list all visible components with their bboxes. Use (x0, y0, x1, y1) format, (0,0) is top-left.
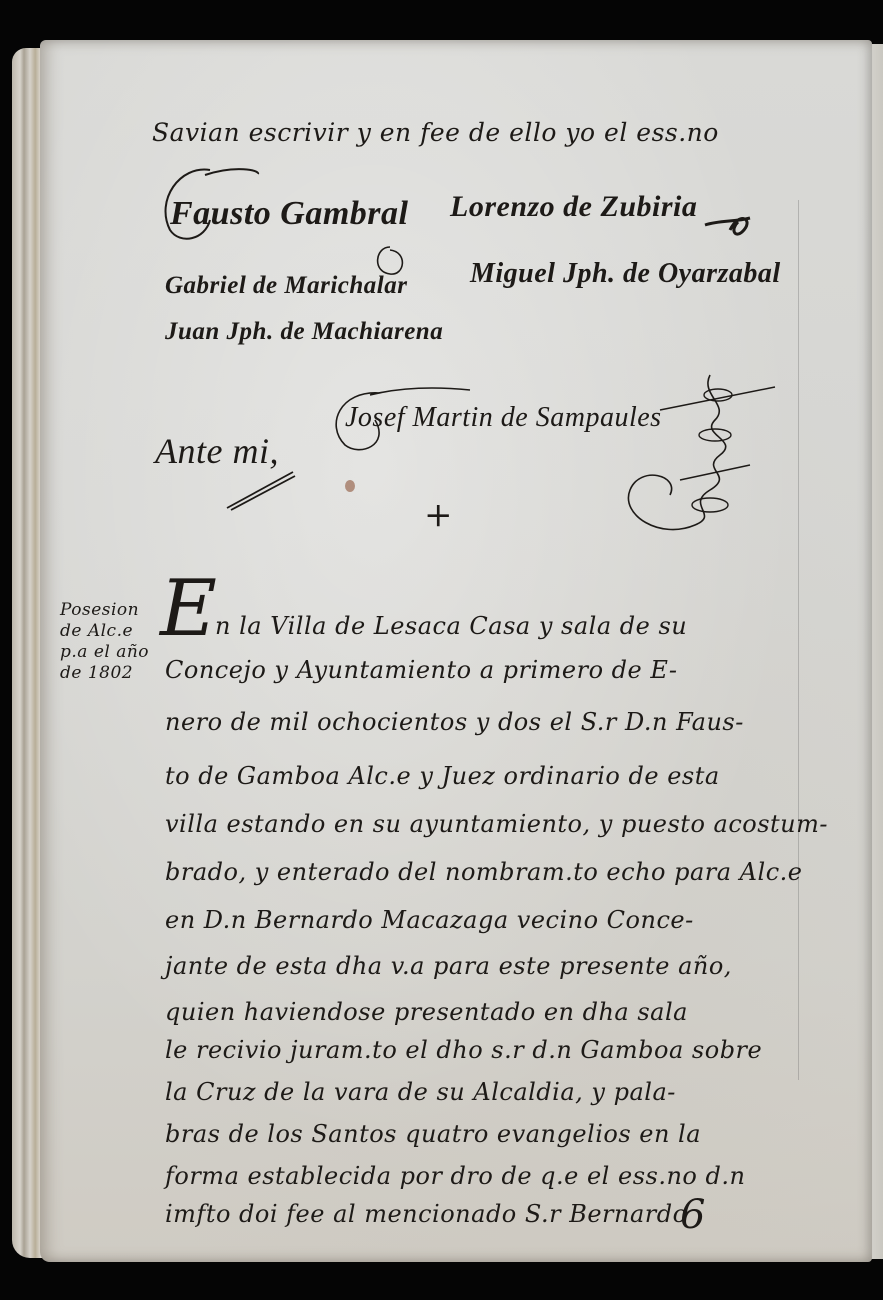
body-line-11: la Cruz de la vara de su Alcaldia, y pal… (165, 1078, 676, 1106)
body-line-14: imfto doi fee al mencionado S.r Bernardo (165, 1200, 688, 1228)
notary-prefix: Ante mi, (155, 430, 279, 472)
body-line-5: villa estando en su ayuntamiento, y pues… (165, 810, 828, 838)
body-line-3: nero de mil ochocientos y dos el S.r D.n… (165, 708, 744, 736)
body-line-12: bras de los Santos quatro evangelios en … (165, 1120, 701, 1148)
cross-mark: + (424, 495, 453, 535)
body-line-6: brado, y enterado del nombram.to echo pa… (165, 858, 802, 886)
body-line-10: le recivio juram.to el dho s.r d.n Gambo… (165, 1036, 762, 1064)
signature-lorenzo-de-zubiria: Lorenzo de Zubiria (450, 190, 697, 224)
margin-rule (798, 200, 799, 1080)
decorated-initial: E (160, 570, 217, 648)
manuscript-scan: Savian escrivir y en fee de ello yo el e… (0, 0, 883, 1300)
margin-note-line: Posesion (60, 600, 149, 621)
margin-note-line: de Alc.e (60, 621, 149, 642)
body-line-1: n la Villa de Lesaca Casa y sala de su (215, 612, 687, 640)
body-line-2: Concejo y Ayuntamiento a primero de E- (165, 656, 677, 684)
signature-flourish-icon (150, 160, 270, 250)
header-line: Savian escrivir y en fee de ello yo el e… (152, 118, 719, 147)
page-mark: 6 (680, 1192, 706, 1238)
margin-note-line: p.a el año (60, 642, 149, 663)
body-line-8: jante de esta dha v.a para este presente… (165, 952, 732, 980)
body-line-13: forma establecida por dro de q.e el ess.… (165, 1162, 745, 1190)
rubric-icon (700, 200, 760, 240)
body-line-4: to de Gamboa Alc.e y Juez ordinario de e… (165, 762, 720, 790)
margin-note: Posesion de Alc.e p.a el año de 1802 (60, 600, 149, 684)
signature-juan-de-machiarena: Juan Jph. de Machiarena (165, 318, 443, 346)
signature-flourish-icon (370, 242, 410, 282)
body-line-7: en D.n Bernardo Macazaga vecino Conce- (165, 906, 694, 934)
underline-flourish-icon (225, 470, 295, 510)
signature-miguel-de-oyarzabal: Miguel Jph. de Oyarzabal (470, 258, 781, 290)
margin-note-line: de 1802 (60, 663, 149, 684)
ink-stain (345, 480, 355, 492)
body-line-9: quien haviendose presentado en dha sala (165, 998, 688, 1026)
notary-rubric-icon (600, 365, 780, 550)
